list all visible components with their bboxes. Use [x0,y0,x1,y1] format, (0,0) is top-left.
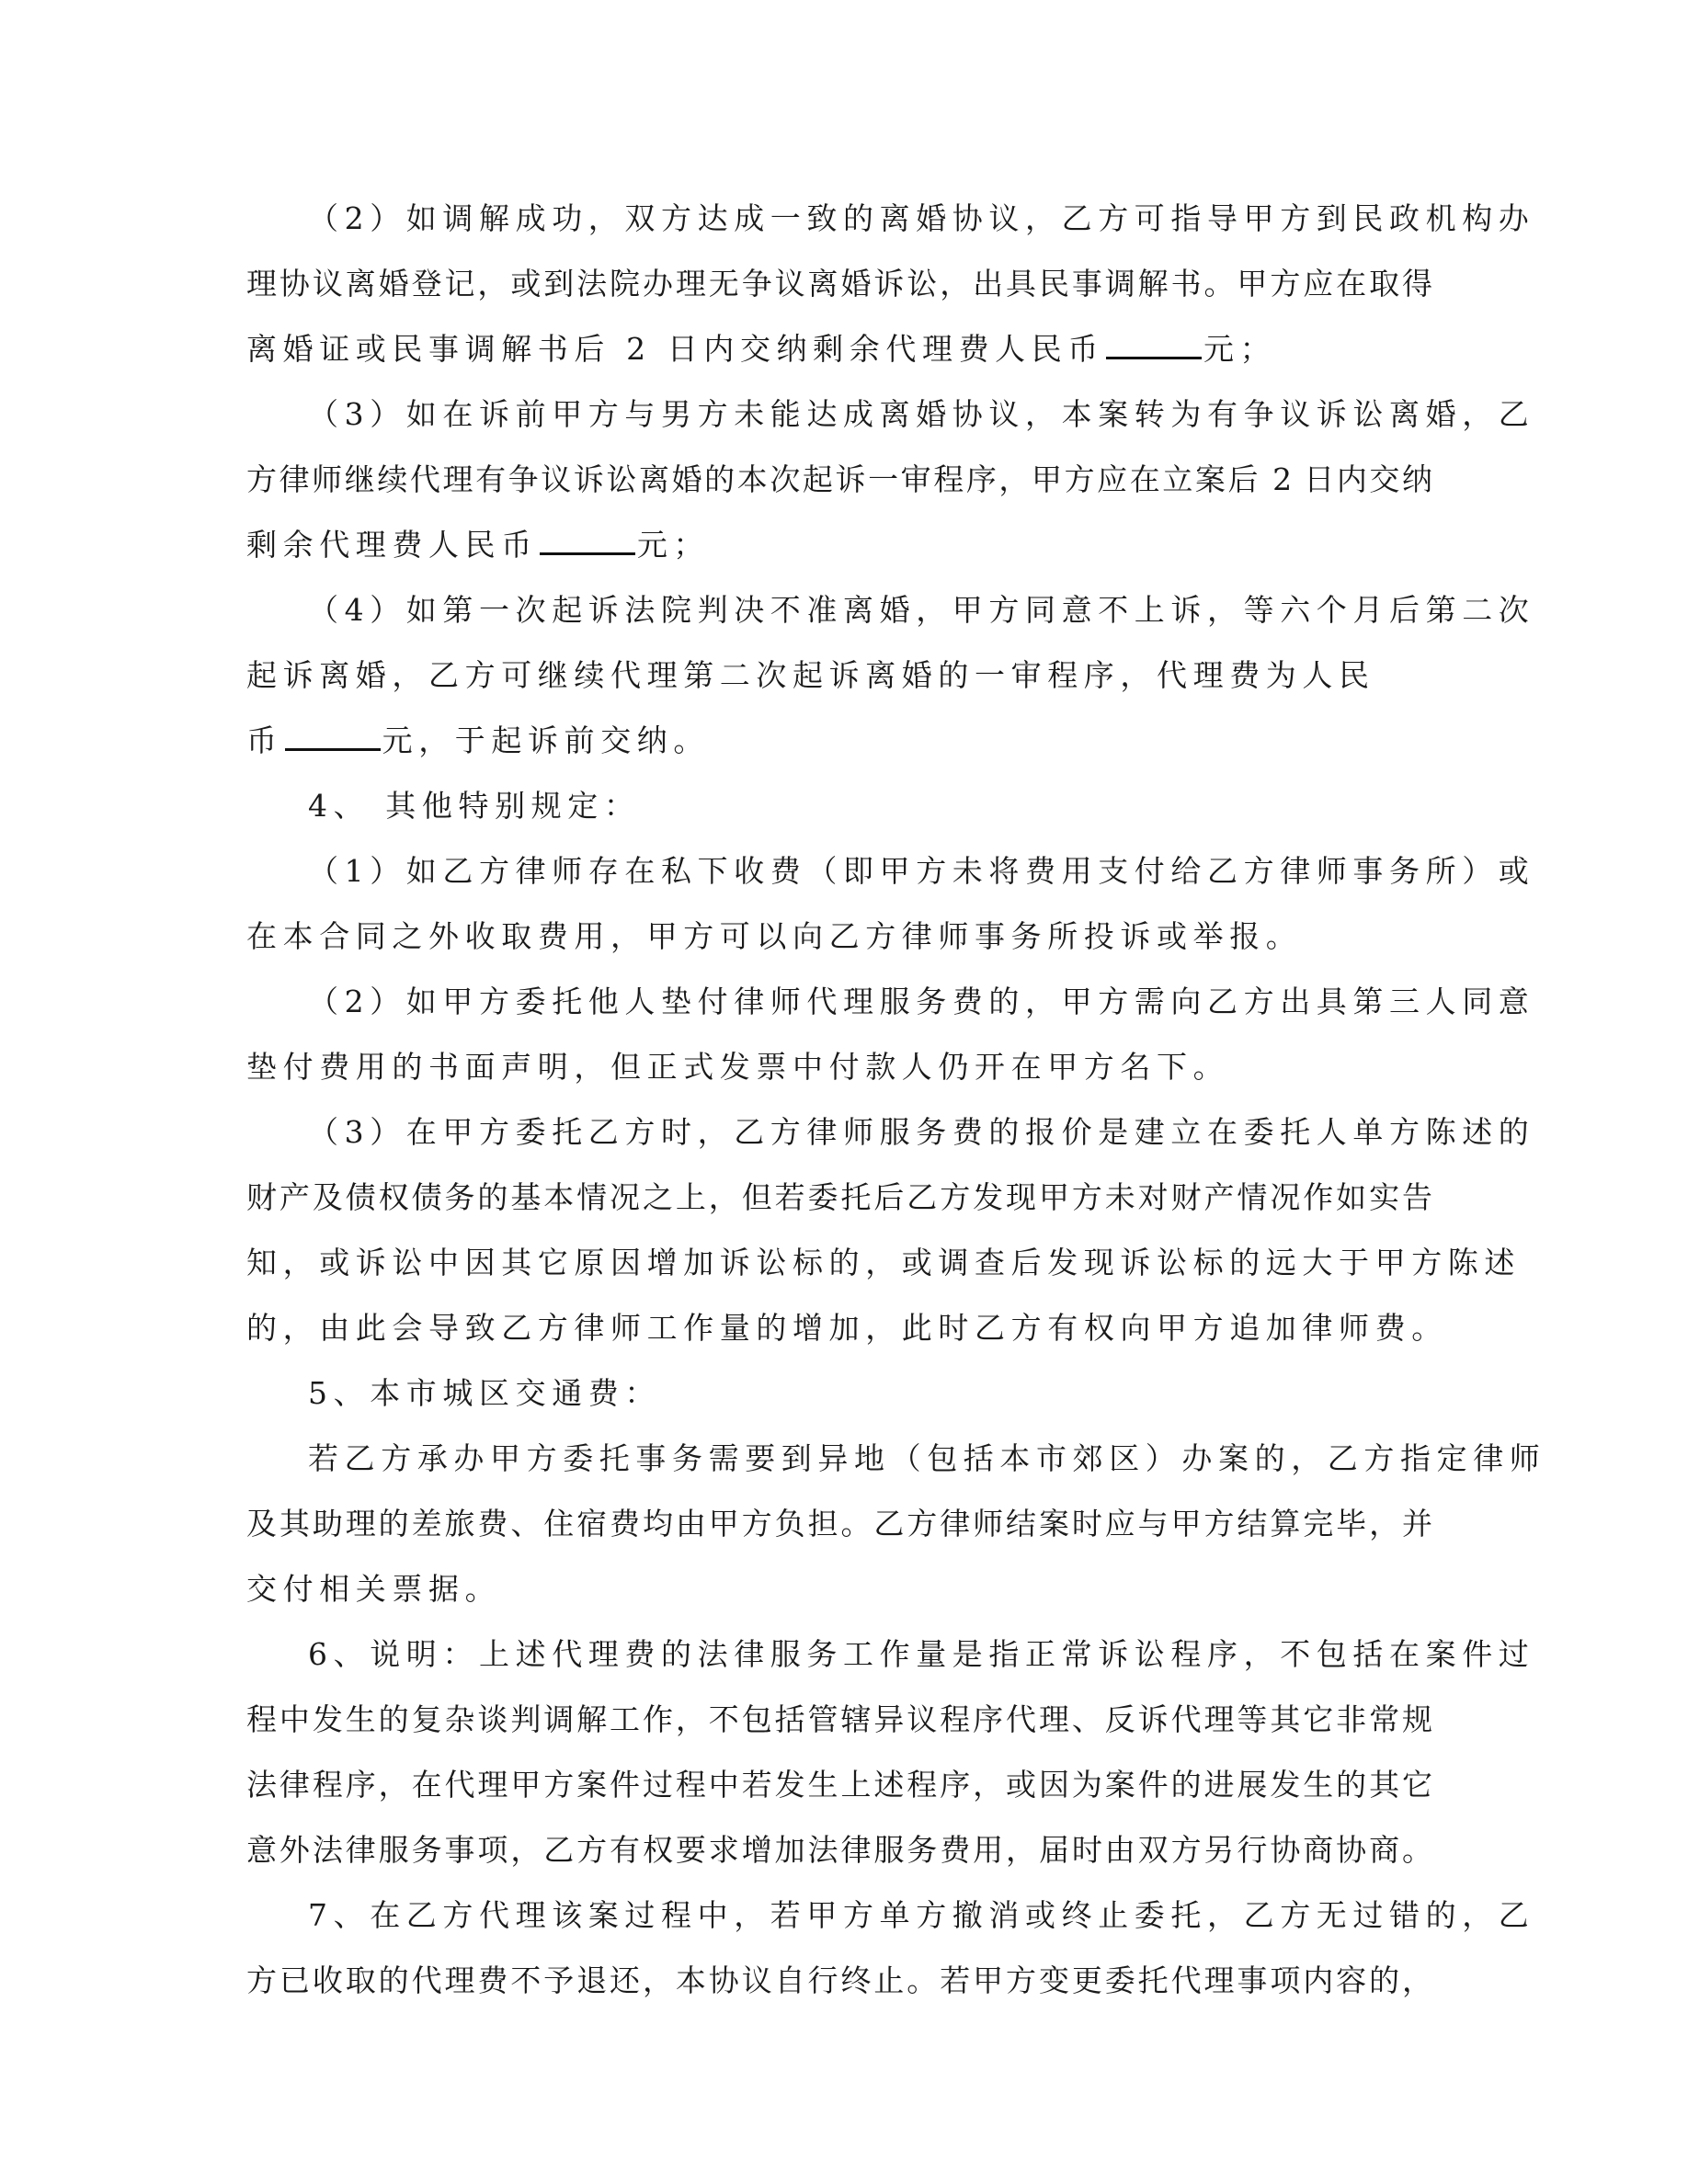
amount-blank [540,525,635,555]
document-page: （2）如调解成功，双方达成一致的离婚协议，乙方可指导甲方到民政机构办 理协议离婚… [0,0,1688,2184]
text-fragment: 元，于起诉前交纳。 [382,722,710,758]
text-line: 在本合同之外收取费用，甲方可以向乙方律师事务所投诉或举报。 [246,916,1442,957]
text-fragment: 离婚证或民事调解书后 2 日内交纳剩余代理费人民币 [246,331,1104,367]
text-line: （3）如在诉前甲方与男方未能达成离婚协议，本案转为有争议诉讼离婚，乙 [308,394,1503,435]
text-line: （3）在甲方委托乙方时，乙方律师服务费的报价是建立在委托人单方陈述的 [308,1112,1503,1153]
text-fragment: 元； [637,527,710,563]
section-heading: 4、 其他特别规定： [308,786,1503,826]
section-heading: 5、本市城区交通费： [308,1373,1503,1414]
text-line: 交付相关票据。 [246,1569,1442,1610]
text-line: 垫付费用的书面声明，但正式发票中付款人仍开在甲方名下。 [246,1047,1442,1087]
text-line: 财产及债权债务的基本情况之上，但若委托后乙方发现甲方未对财产情况作如实告 [246,1177,1432,1218]
text-fragment: 币 [246,722,283,758]
text-line: （2）如调解成功，双方达成一致的离婚协议，乙方可指导甲方到民政机构办 [308,199,1503,239]
text-line: 若乙方承办甲方委托事务需要到异地（包括本市郊区）办案的，乙方指定律师 [308,1439,1503,1479]
text-line: 起诉离婚，乙方可继续代理第二次起诉离婚的一审程序，代理费为人民 [246,655,1442,696]
text-fragment: 剩余代理费人民币 [246,527,538,563]
text-line: 知，或诉讼中因其它原因增加诉讼标的，或调查后发现诉讼标的远大于甲方陈述 [246,1243,1442,1283]
text-line: （1）如乙方律师存在私下收费（即甲方未将费用支付给乙方律师事务所）或 [308,851,1503,892]
text-line-with-blank: 离婚证或民事调解书后 2 日内交纳剩余代理费人民币元； [246,329,1442,370]
text-line: 的，由此会导致乙方律师工作量的增加，此时乙方有权向甲方追加律师费。 [246,1308,1442,1348]
text-line: 意外法律服务事项，乙方有权要求增加法律服务费用，届时由双方另行协商协商。 [246,1830,1432,1871]
text-line: 方已收取的代理费不予退还，本协议自行终止。若甲方变更委托代理事项内容的， [246,1961,1432,2001]
amount-blank [285,721,381,751]
text-fragment: 元； [1203,331,1276,367]
text-line: （4）如第一次起诉法院判决不准离婚，甲方同意不上诉，等六个月后第二次 [308,590,1503,631]
text-line-with-blank: 剩余代理费人民币元； [246,525,1442,565]
text-line: 方律师继续代理有争议诉讼离婚的本次起诉一审程序，甲方应在立案后 2 日内交纳 [246,460,1432,500]
text-line: 7、在乙方代理该案过程中，若甲方单方撤消或终止委托，乙方无过错的，乙 [308,1895,1503,1936]
text-line: 法律程序，在代理甲方案件过程中若发生上述程序，或因为案件的进展发生的其它 [246,1765,1432,1805]
text-line: （2）如甲方委托他人垫付律师代理服务费的，甲方需向乙方出具第三人同意 [308,982,1503,1022]
amount-blank [1106,329,1202,359]
text-line: 及其助理的差旅费、住宿费均由甲方负担。乙方律师结案时应与甲方结算完毕，并 [246,1504,1432,1544]
text-line: 理协议离婚登记，或到法院办理无争议离婚诉讼，出具民事调解书。甲方应在取得 [246,264,1432,304]
text-line: 程中发生的复杂谈判调解工作，不包括管辖异议程序代理、反诉代理等其它非常规 [246,1700,1432,1740]
text-line-with-blank: 币元，于起诉前交纳。 [246,721,1442,761]
text-line: 6、说明：上述代理费的法律服务工作量是指正常诉讼程序，不包括在案件过 [308,1634,1503,1675]
